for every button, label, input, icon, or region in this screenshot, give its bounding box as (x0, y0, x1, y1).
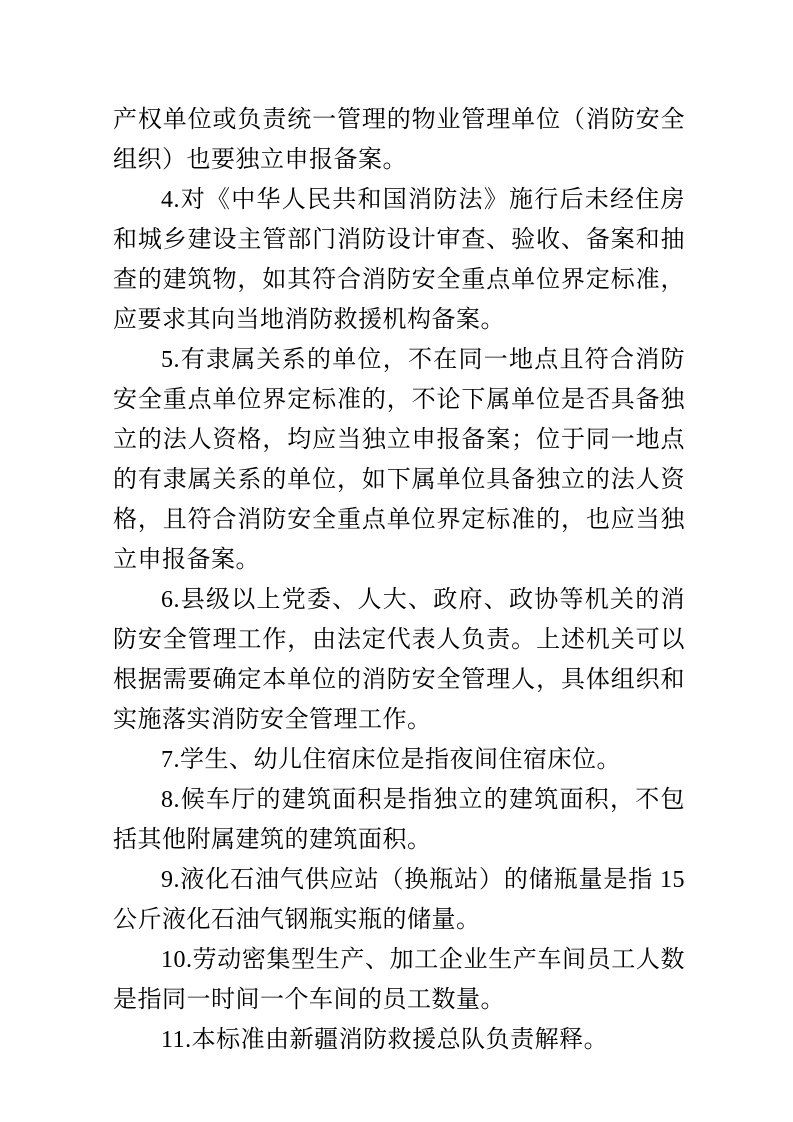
paragraph-item-7: 7.学生、幼儿住宿床位是指夜间住宿床位。 (113, 740, 685, 780)
paragraph-item-4: 4.对《中华人民共和国消防法》施行后未经住房和城乡建设主管部门消防设计审查、验收… (113, 180, 685, 340)
paragraph-item-11: 11.本标准由新疆消防救援总队负责解释。 (113, 1020, 685, 1060)
document-body: 产权单位或负责统一管理的物业管理单位（消防安全组织）也要独立申报备案。 4.对《… (113, 100, 685, 1060)
paragraph-item-5: 5.有隶属关系的单位，不在同一地点且符合消防安全重点单位界定标准的，不论下属单位… (113, 340, 685, 580)
paragraph-item-6: 6.县级以上党委、人大、政府、政协等机关的消防安全管理工作，由法定代表人负责。上… (113, 580, 685, 740)
document-page: 产权单位或负责统一管理的物业管理单位（消防安全组织）也要独立申报备案。 4.对《… (0, 0, 793, 1122)
paragraph-item-8: 8.候车厅的建筑面积是指独立的建筑面积，不包括其他附属建筑的建筑面积。 (113, 780, 685, 860)
paragraph-item-9: 9.液化石油气供应站（换瓶站）的储瓶量是指 15 公斤液化石油气钢瓶实瓶的储量。 (113, 860, 685, 940)
paragraph-continuation: 产权单位或负责统一管理的物业管理单位（消防安全组织）也要独立申报备案。 (113, 100, 685, 180)
paragraph-item-10: 10.劳动密集型生产、加工企业生产车间员工人数是指同一时间一个车间的员工数量。 (113, 940, 685, 1020)
